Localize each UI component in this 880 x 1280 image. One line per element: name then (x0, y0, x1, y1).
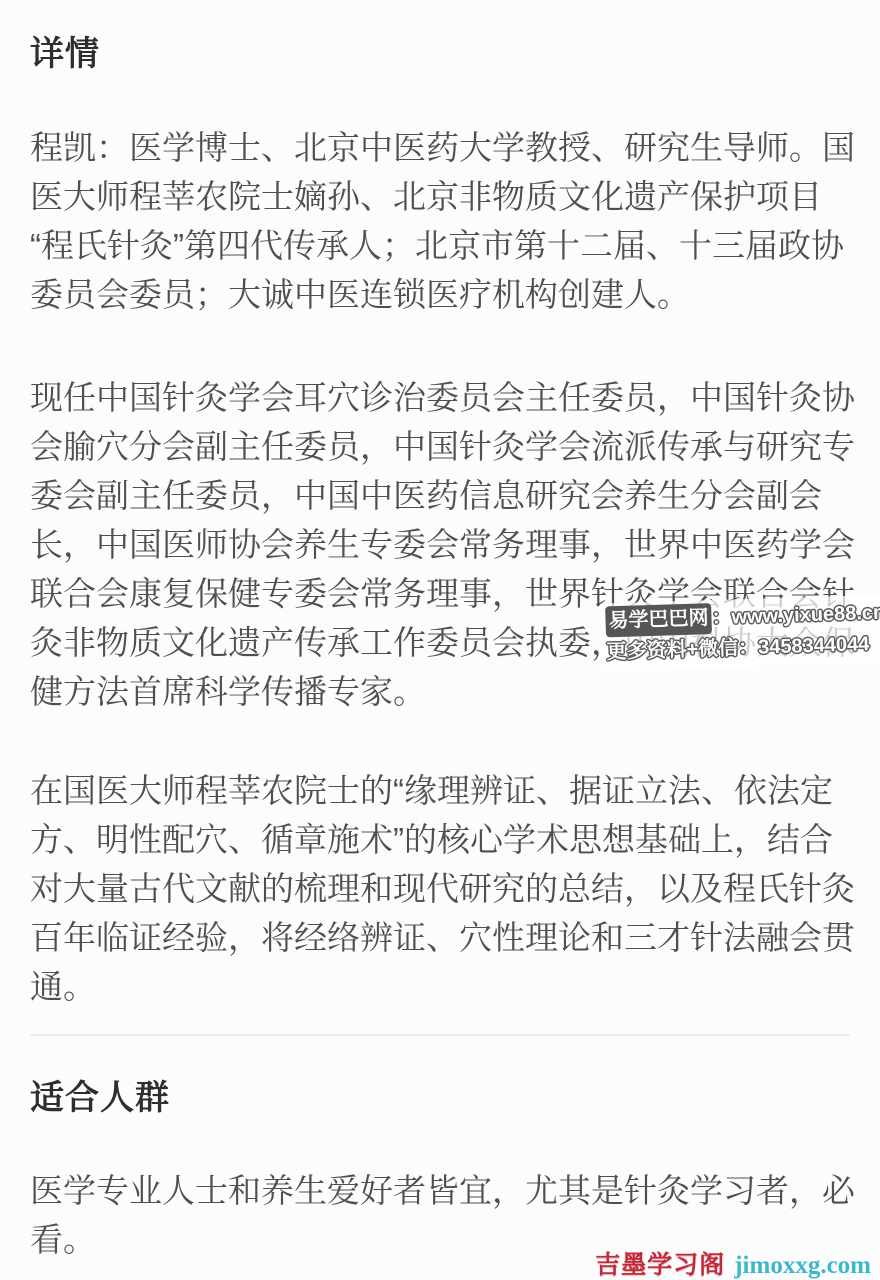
paragraph-line: 会腧穴分会副主任委员，中国针灸学会流派传承与研究专 (30, 422, 850, 471)
paragraph-line: 程凯：医学博士、北京中医药大学教授、研究生导师。国 (30, 123, 850, 172)
audience-section-title: 适合人群 (30, 1077, 850, 1119)
paragraph-line: 在国医大师程莘农院士的“缘理辨证、据证立法、依法定 (30, 766, 850, 815)
center-watermark-site-url: ：www.yixue88.cn (711, 602, 880, 629)
bottom-watermark: 吉墨学习阁 jimoxxg.com (595, 1245, 871, 1280)
bottom-watermark-site-url: jimoxxg.com (734, 1252, 871, 1280)
paragraph-line: 百年临证经验，将经络辨证、穴性理论和三才针法融会贯 (30, 913, 850, 962)
paragraph-line: 委会副主任委员，中国中医药信息研究会养生分会副会 (30, 471, 850, 520)
center-watermark: 易学巴巴网：www.yixue88.cn 更多资料+微信：3458344044 (600, 594, 880, 671)
details-paragraph-academic: 在国医大师程莘农院士的“缘理辨证、据证立法、依法定 方、明性配穴、循章施术”的核… (30, 766, 850, 1011)
paragraph-line: 对大量古代文献的梳理和现代研究的总结，以及程氏针灸 (30, 864, 850, 913)
details-paragraph-bio: 程凯：医学博士、北京中医药大学教授、研究生导师。国 医大师程莘农院士嫡孙、北京非… (30, 123, 850, 319)
paragraph-line: 方、明性配穴、循章施术”的核心学术思想基础上，结合 (30, 815, 850, 864)
paragraph-line: 长，中国医师协会养生专委会常务理事，世界中医药学会 (30, 520, 850, 569)
paragraph-line: 医学专业人士和养生爱好者皆宜，尤其是针灸学习者，必 (30, 1166, 850, 1215)
details-section-title: 详情 (30, 0, 850, 75)
section-divider (30, 1034, 850, 1036)
paragraph-line: 健方法首席科学传播专家。 (30, 667, 850, 716)
paragraph-line: 医大师程莘农院士嫡孙、北京非物质文化遗产保护项目 (30, 172, 850, 221)
paragraph-line: 委员会委员；大诚中医连锁医疗机构创建人。 (30, 270, 850, 319)
detail-page: 详情 程凯：医学博士、北京中医药大学教授、研究生导师。国 医大师程莘农院士嫡孙、… (0, 0, 880, 1280)
center-watermark-site-badge: 易学巴巴网 (605, 603, 712, 637)
paragraph-line: “程氏针灸”第四代传承人；北京市第十二届、十三届政协 (30, 221, 850, 270)
paragraph-line: 通。 (30, 962, 850, 1011)
paragraph-line: 现任中国针灸学会耳穴诊治委员会主任委员，中国针灸协 (30, 373, 850, 422)
bottom-watermark-site-name: 吉墨学习阁 (595, 1245, 725, 1280)
